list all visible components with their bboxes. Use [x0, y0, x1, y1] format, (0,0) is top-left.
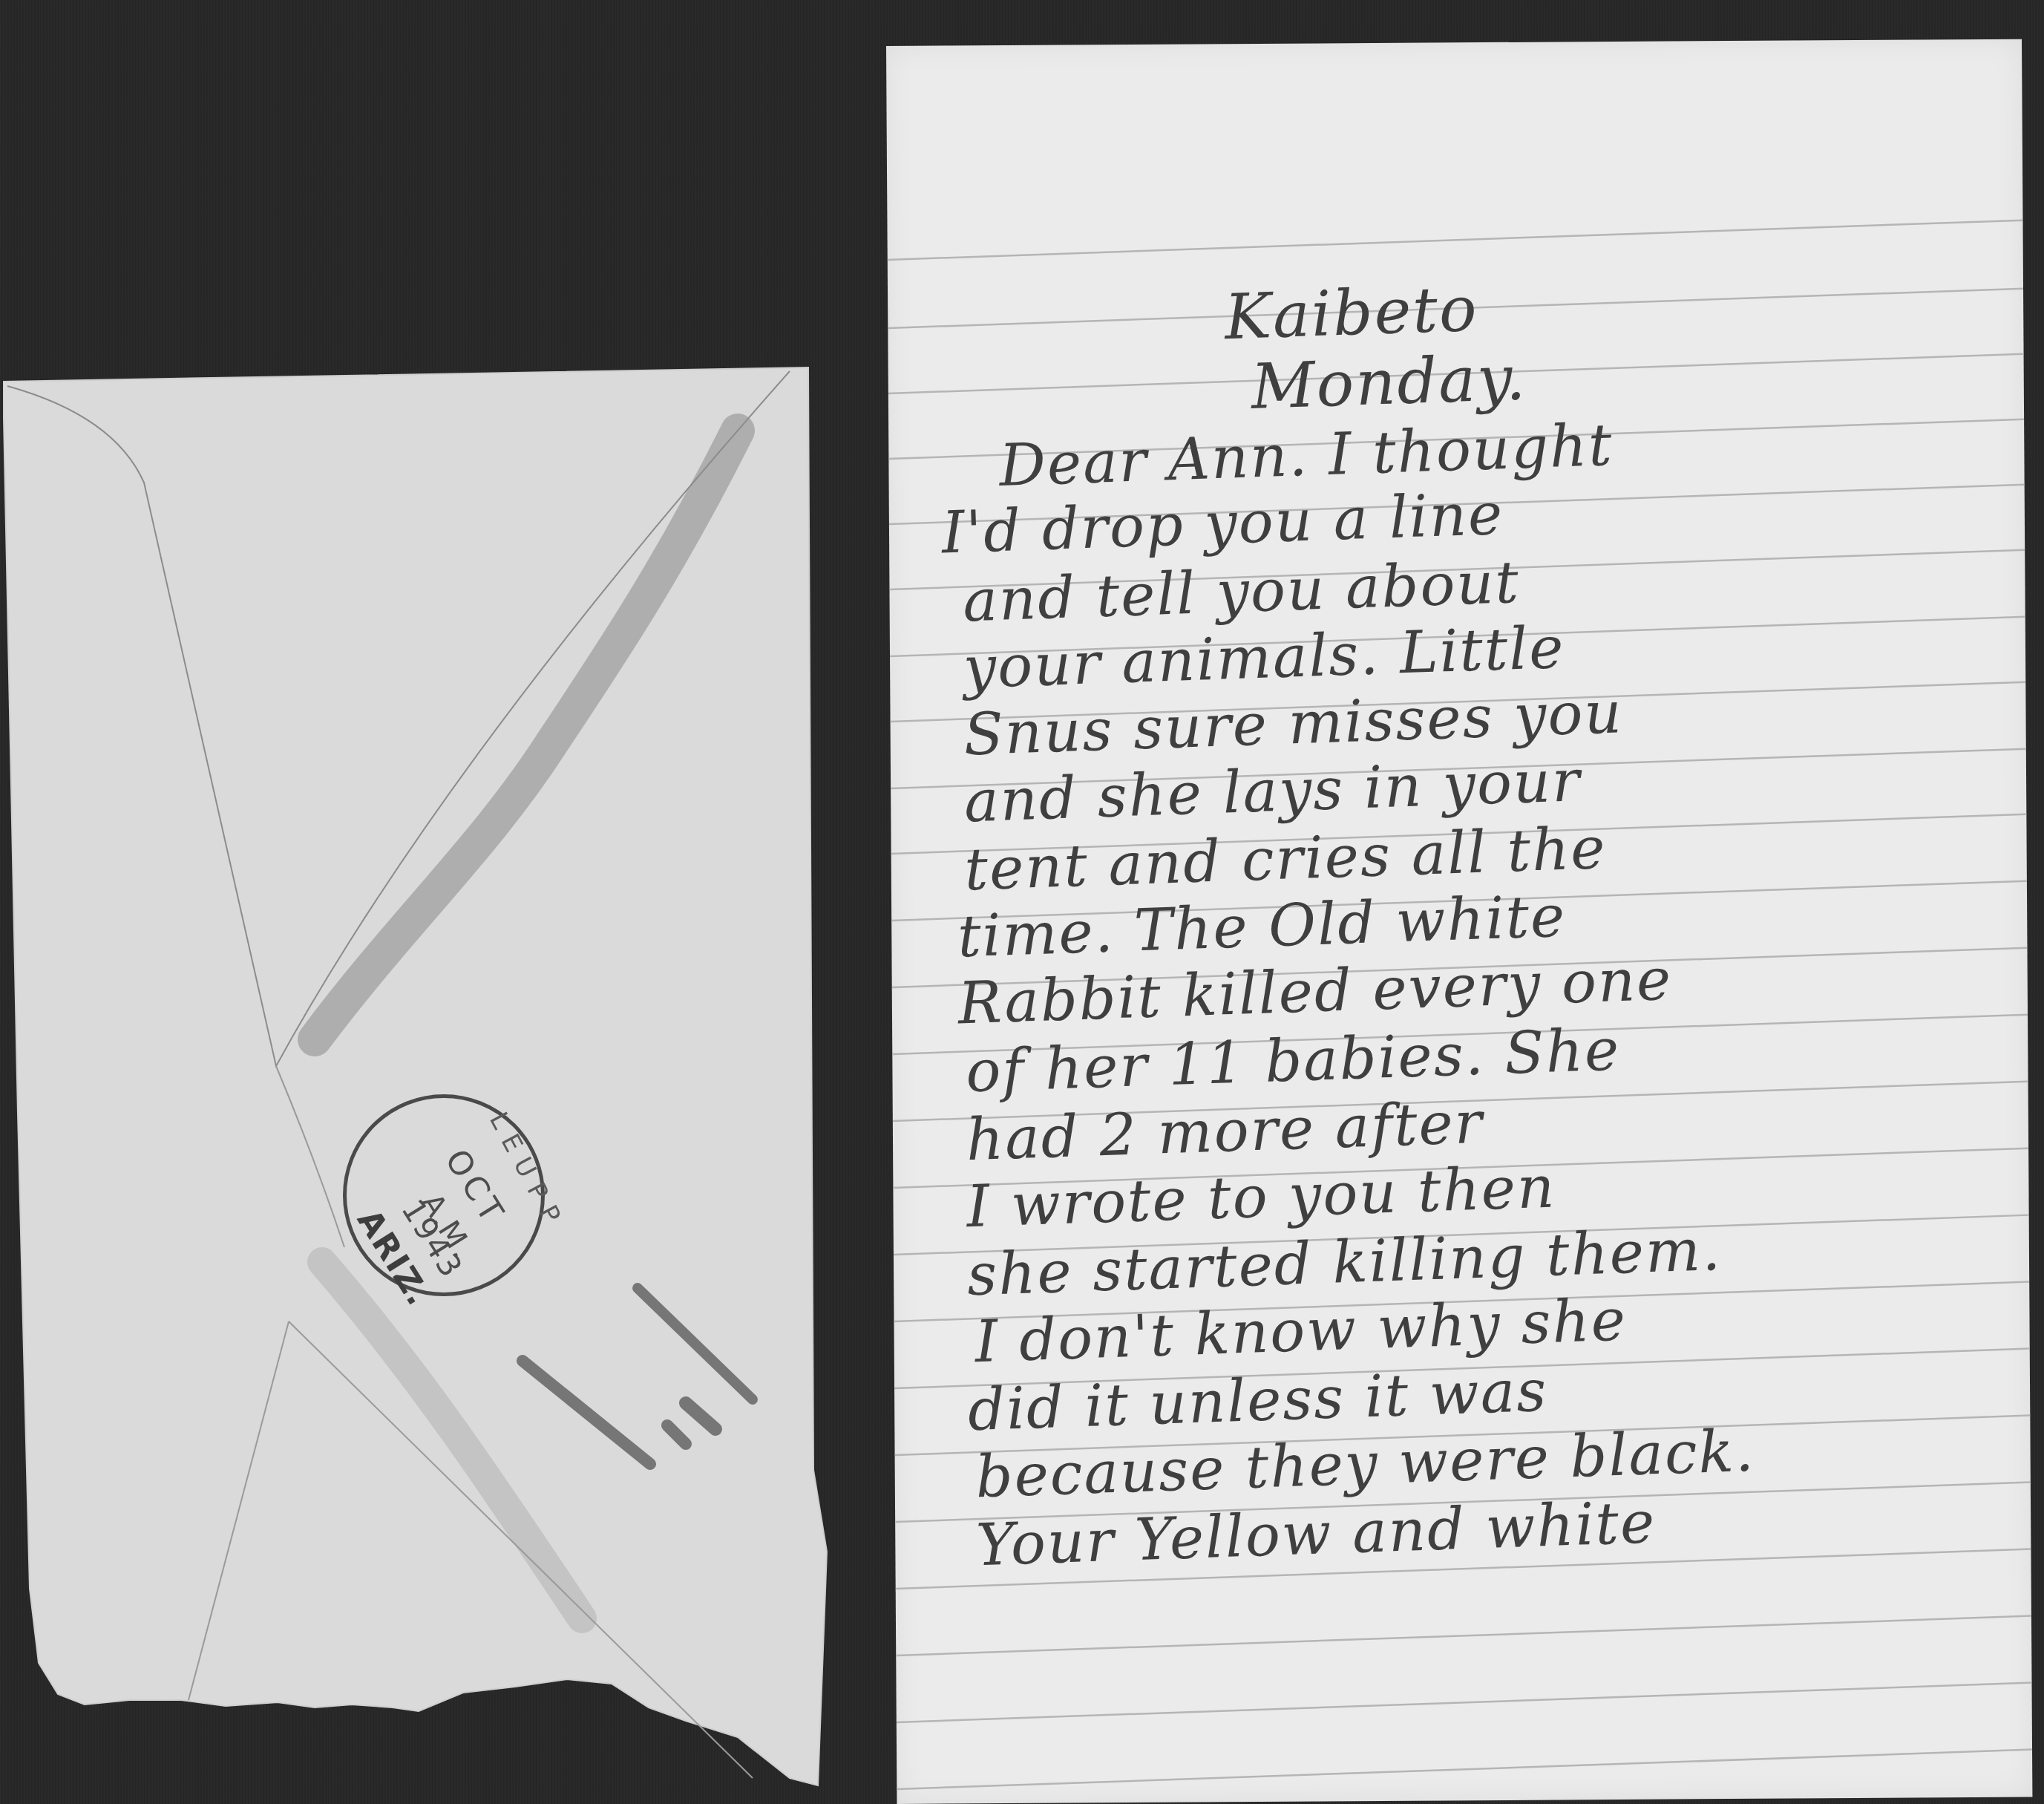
letter-place: Kaibeto	[1224, 278, 1479, 349]
envelope-back: LEUPP OCT A.M. 1943 ARIZ.	[3, 0, 843, 1804]
letter-sheet: Kaibeto Monday. Dear Ann. I thought I'd …	[886, 39, 2032, 1804]
letter-day: Monday.	[1250, 346, 1527, 418]
envelope-shape	[3, 0, 843, 1804]
letter-line: I'd drop you a line	[941, 486, 1505, 563]
postmark: LEUPP OCT A.M. 1943 ARIZ.	[343, 1094, 545, 1296]
letter-line: had 2 more after	[966, 1094, 1484, 1170]
letter-line: Dear Ann. I thought	[998, 416, 1614, 495]
